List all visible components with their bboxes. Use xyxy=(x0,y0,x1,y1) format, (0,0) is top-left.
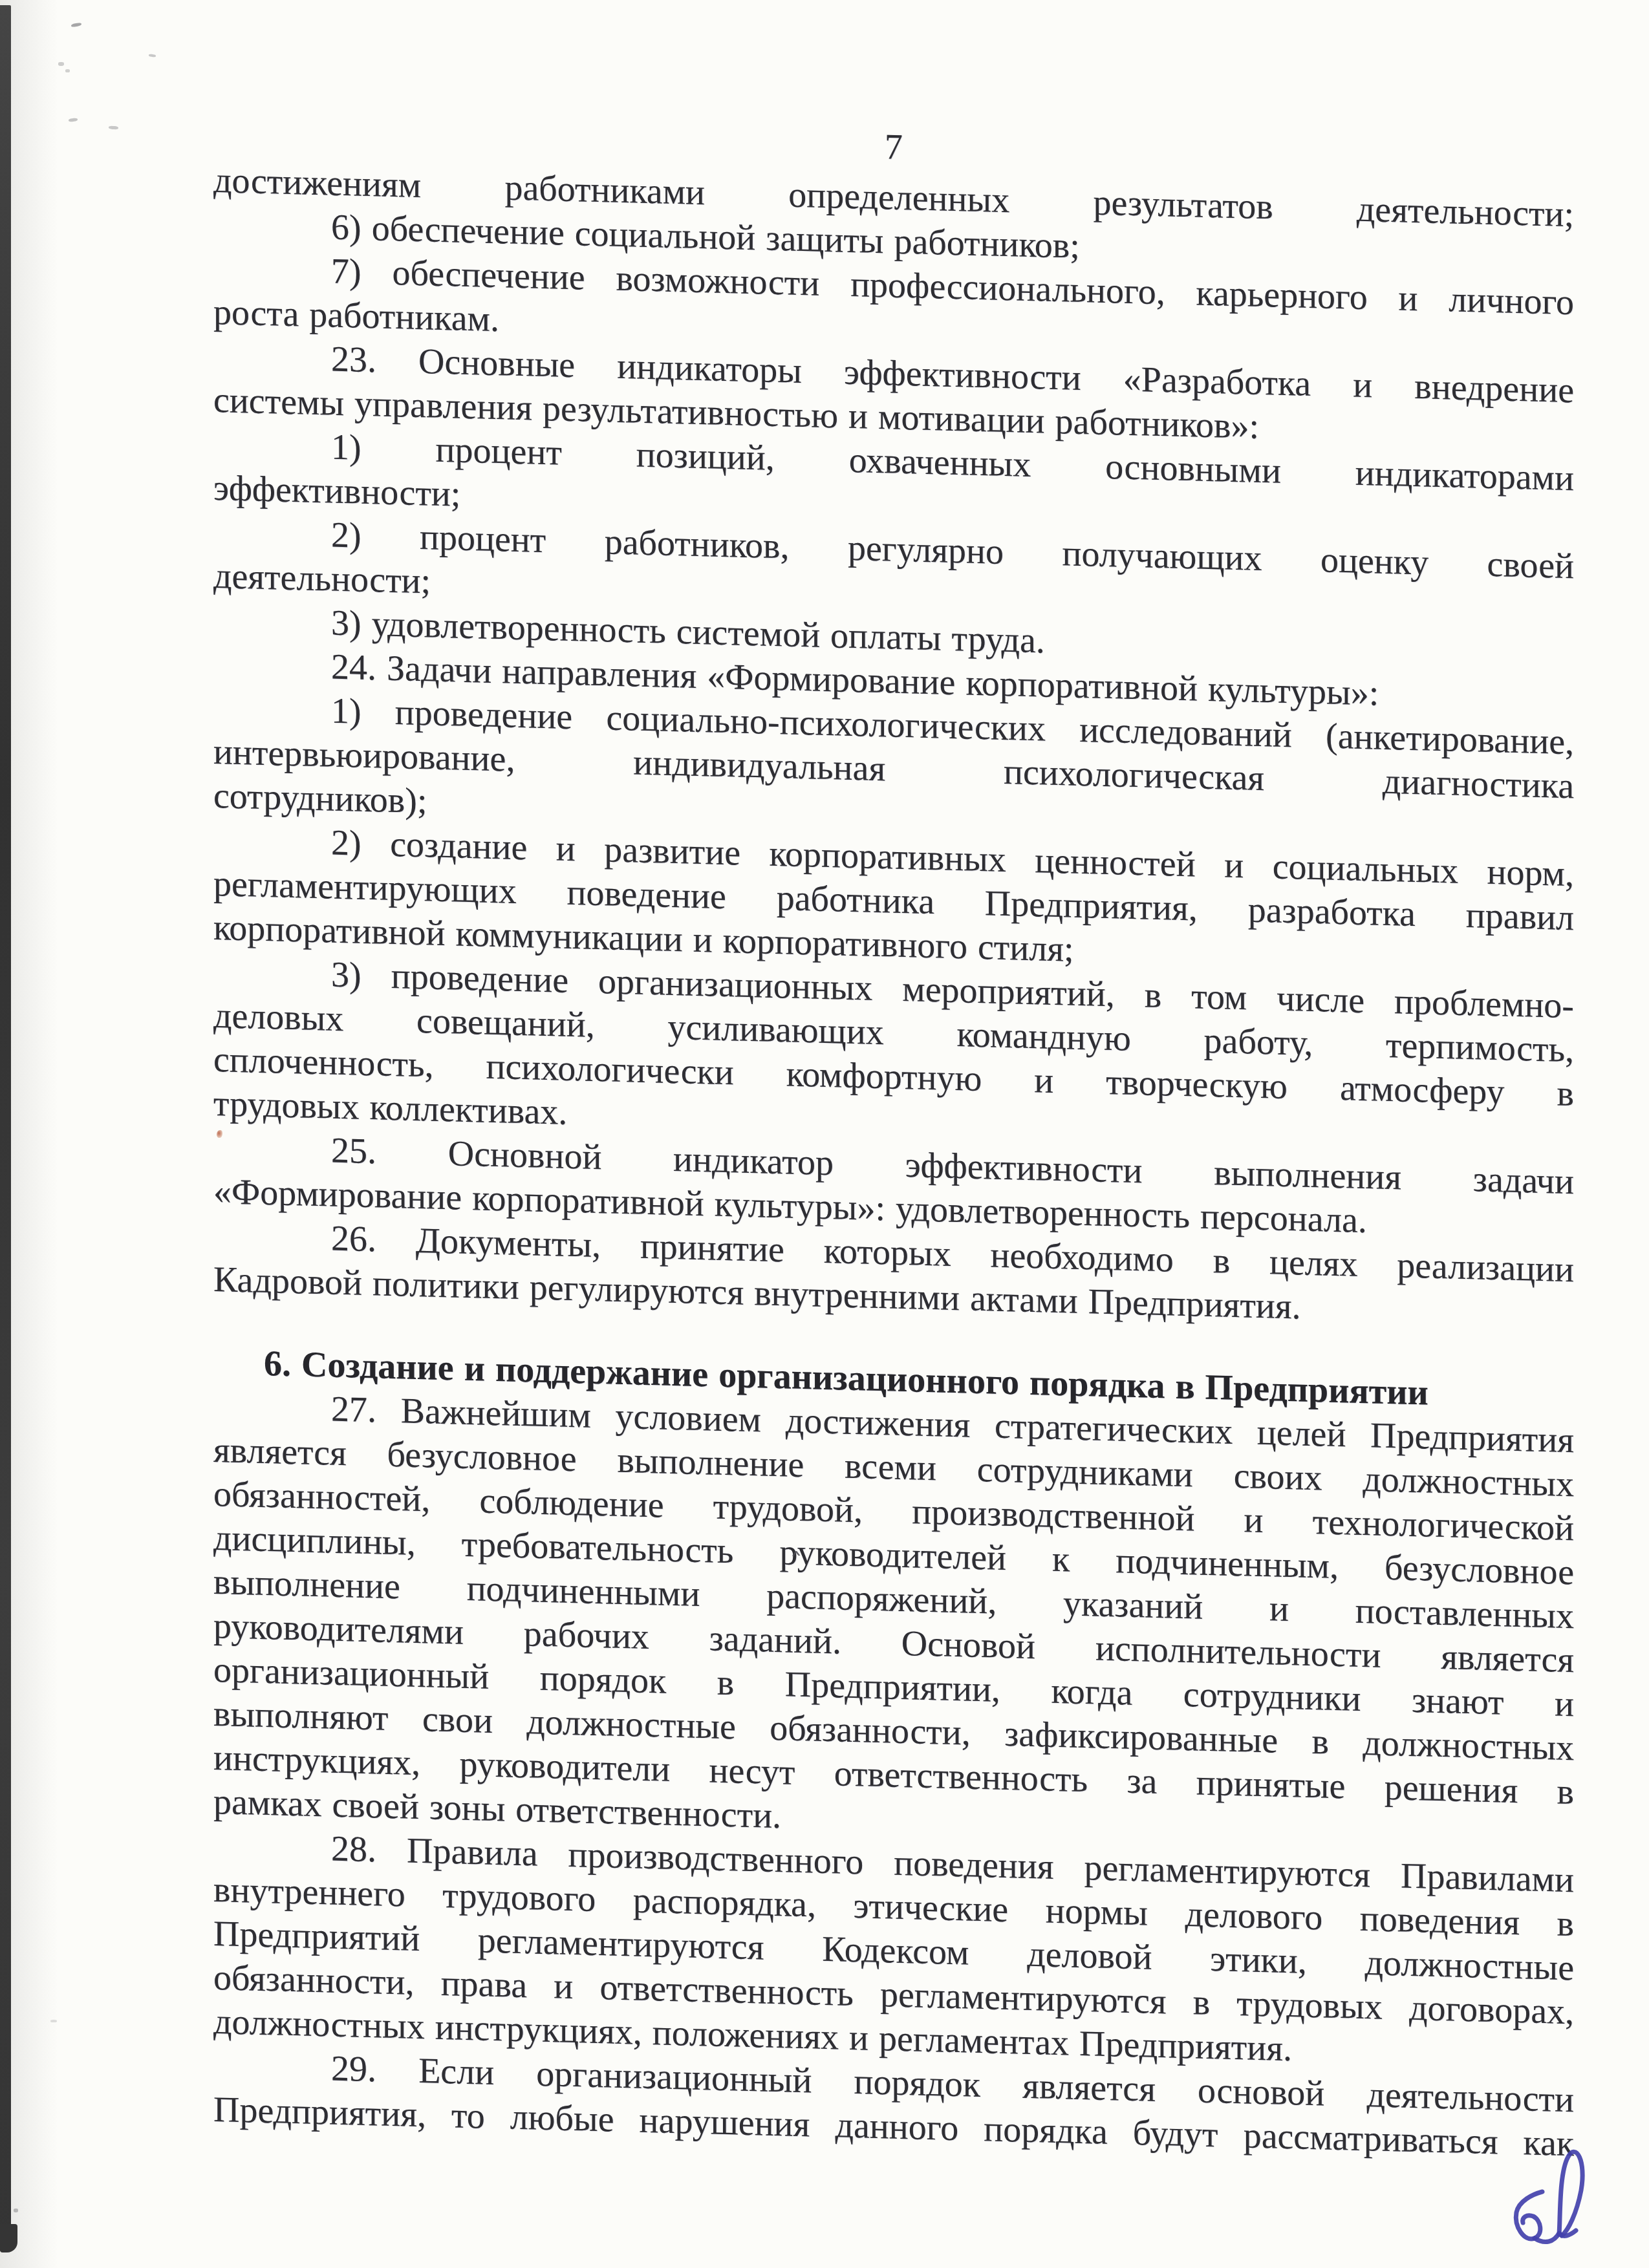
scanned-document-page: 7 достижениям работниками определенных р… xyxy=(0,0,1649,2268)
pencil-speck xyxy=(50,2020,57,2022)
pencil-speck xyxy=(69,118,78,122)
paragraph: 3) проведение организационных мероприяти… xyxy=(213,950,1574,1160)
scanner-edge-bar xyxy=(0,5,11,2251)
signature-stroke xyxy=(1559,2152,1582,2236)
pencil-speck xyxy=(109,125,118,129)
pencil-speck xyxy=(58,62,64,66)
signature-stroke xyxy=(1516,2192,1542,2239)
scanner-edge-bar-foot xyxy=(0,2224,17,2252)
text-column: 7 достижениям работниками определенных р… xyxy=(213,108,1574,2166)
pencil-speck xyxy=(71,23,82,28)
pencil-speck xyxy=(14,2209,18,2212)
pencil-speck xyxy=(149,54,156,57)
signature xyxy=(1503,2141,1607,2256)
paragraph: 27. Важнейшим условием достижения страте… xyxy=(213,1384,1574,1858)
paragraph: 28. Правила производственного поведения … xyxy=(213,1824,1574,2078)
text-block: достижениям работниками определенных рез… xyxy=(213,158,1574,2166)
proofreading-caret-icon: ˆ xyxy=(790,1550,804,1576)
pencil-speck xyxy=(65,69,70,72)
